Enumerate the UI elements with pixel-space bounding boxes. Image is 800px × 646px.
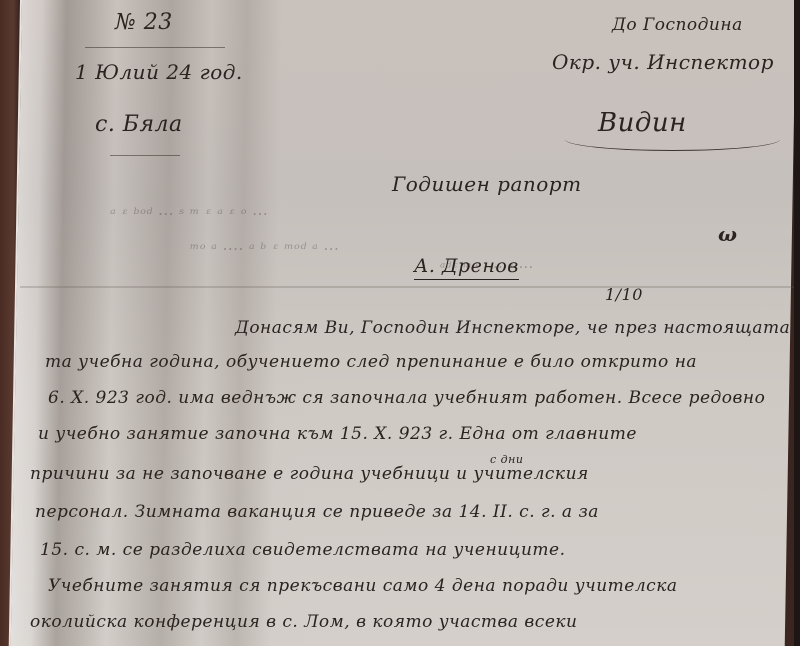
margin-note-rule [85, 47, 225, 48]
body-line: персонал. Зимната ваканция се приведе за… [35, 502, 599, 522]
body-line: и учебно занятие започна към 15. Х. 923 … [38, 424, 637, 444]
addressee-line-1: До Господина [612, 15, 743, 35]
margin-note-place: с. Бяла [95, 112, 183, 137]
body-line: та учебна година, обучението след препин… [45, 352, 697, 372]
paper-right-shadow [794, 0, 800, 646]
margin-note-number: № 23 [115, 10, 173, 35]
body-line: 6. Х. 923 год. има веднъж ся започнала у… [48, 388, 765, 408]
body-line: 15. с. м. се разделиха свидетелствата на… [40, 540, 566, 560]
margin-note-rule [110, 155, 180, 156]
paper-fold-line [20, 286, 794, 288]
report-author: А. Дренов [414, 255, 519, 280]
margin-note-date: 1 Юлий 24 год. [75, 60, 243, 84]
addressee-swash [565, 128, 780, 151]
body-line: Донасям Ви, Господин Инспекторе, че през… [235, 318, 790, 338]
body-line: причини за не започване е година учебниц… [30, 464, 589, 484]
bleed-through-text: ᵃ ᵋ ᵇᵒᵈ ··· ˢ ᵐ ᵋ ᵃ ᵋ ᵒ ··· [110, 205, 268, 223]
body-line: Учебните занятия ся прекъсвани само 4 де… [48, 576, 677, 596]
body-line: околийска конференция в с. Лом, в която … [30, 612, 578, 632]
annotation-mark: ω [718, 222, 738, 246]
folio-number: 1/10 [605, 285, 643, 304]
addressee-line-2: Окр. уч. Инспектор [552, 50, 774, 74]
report-title: Годишен рапорт [392, 172, 582, 196]
bleed-through-text: ᵐᵒ ᵃ ···· ᵃ ᵇ ᵋ ᵐᵒᵈ ᵃ ··· [190, 240, 339, 258]
